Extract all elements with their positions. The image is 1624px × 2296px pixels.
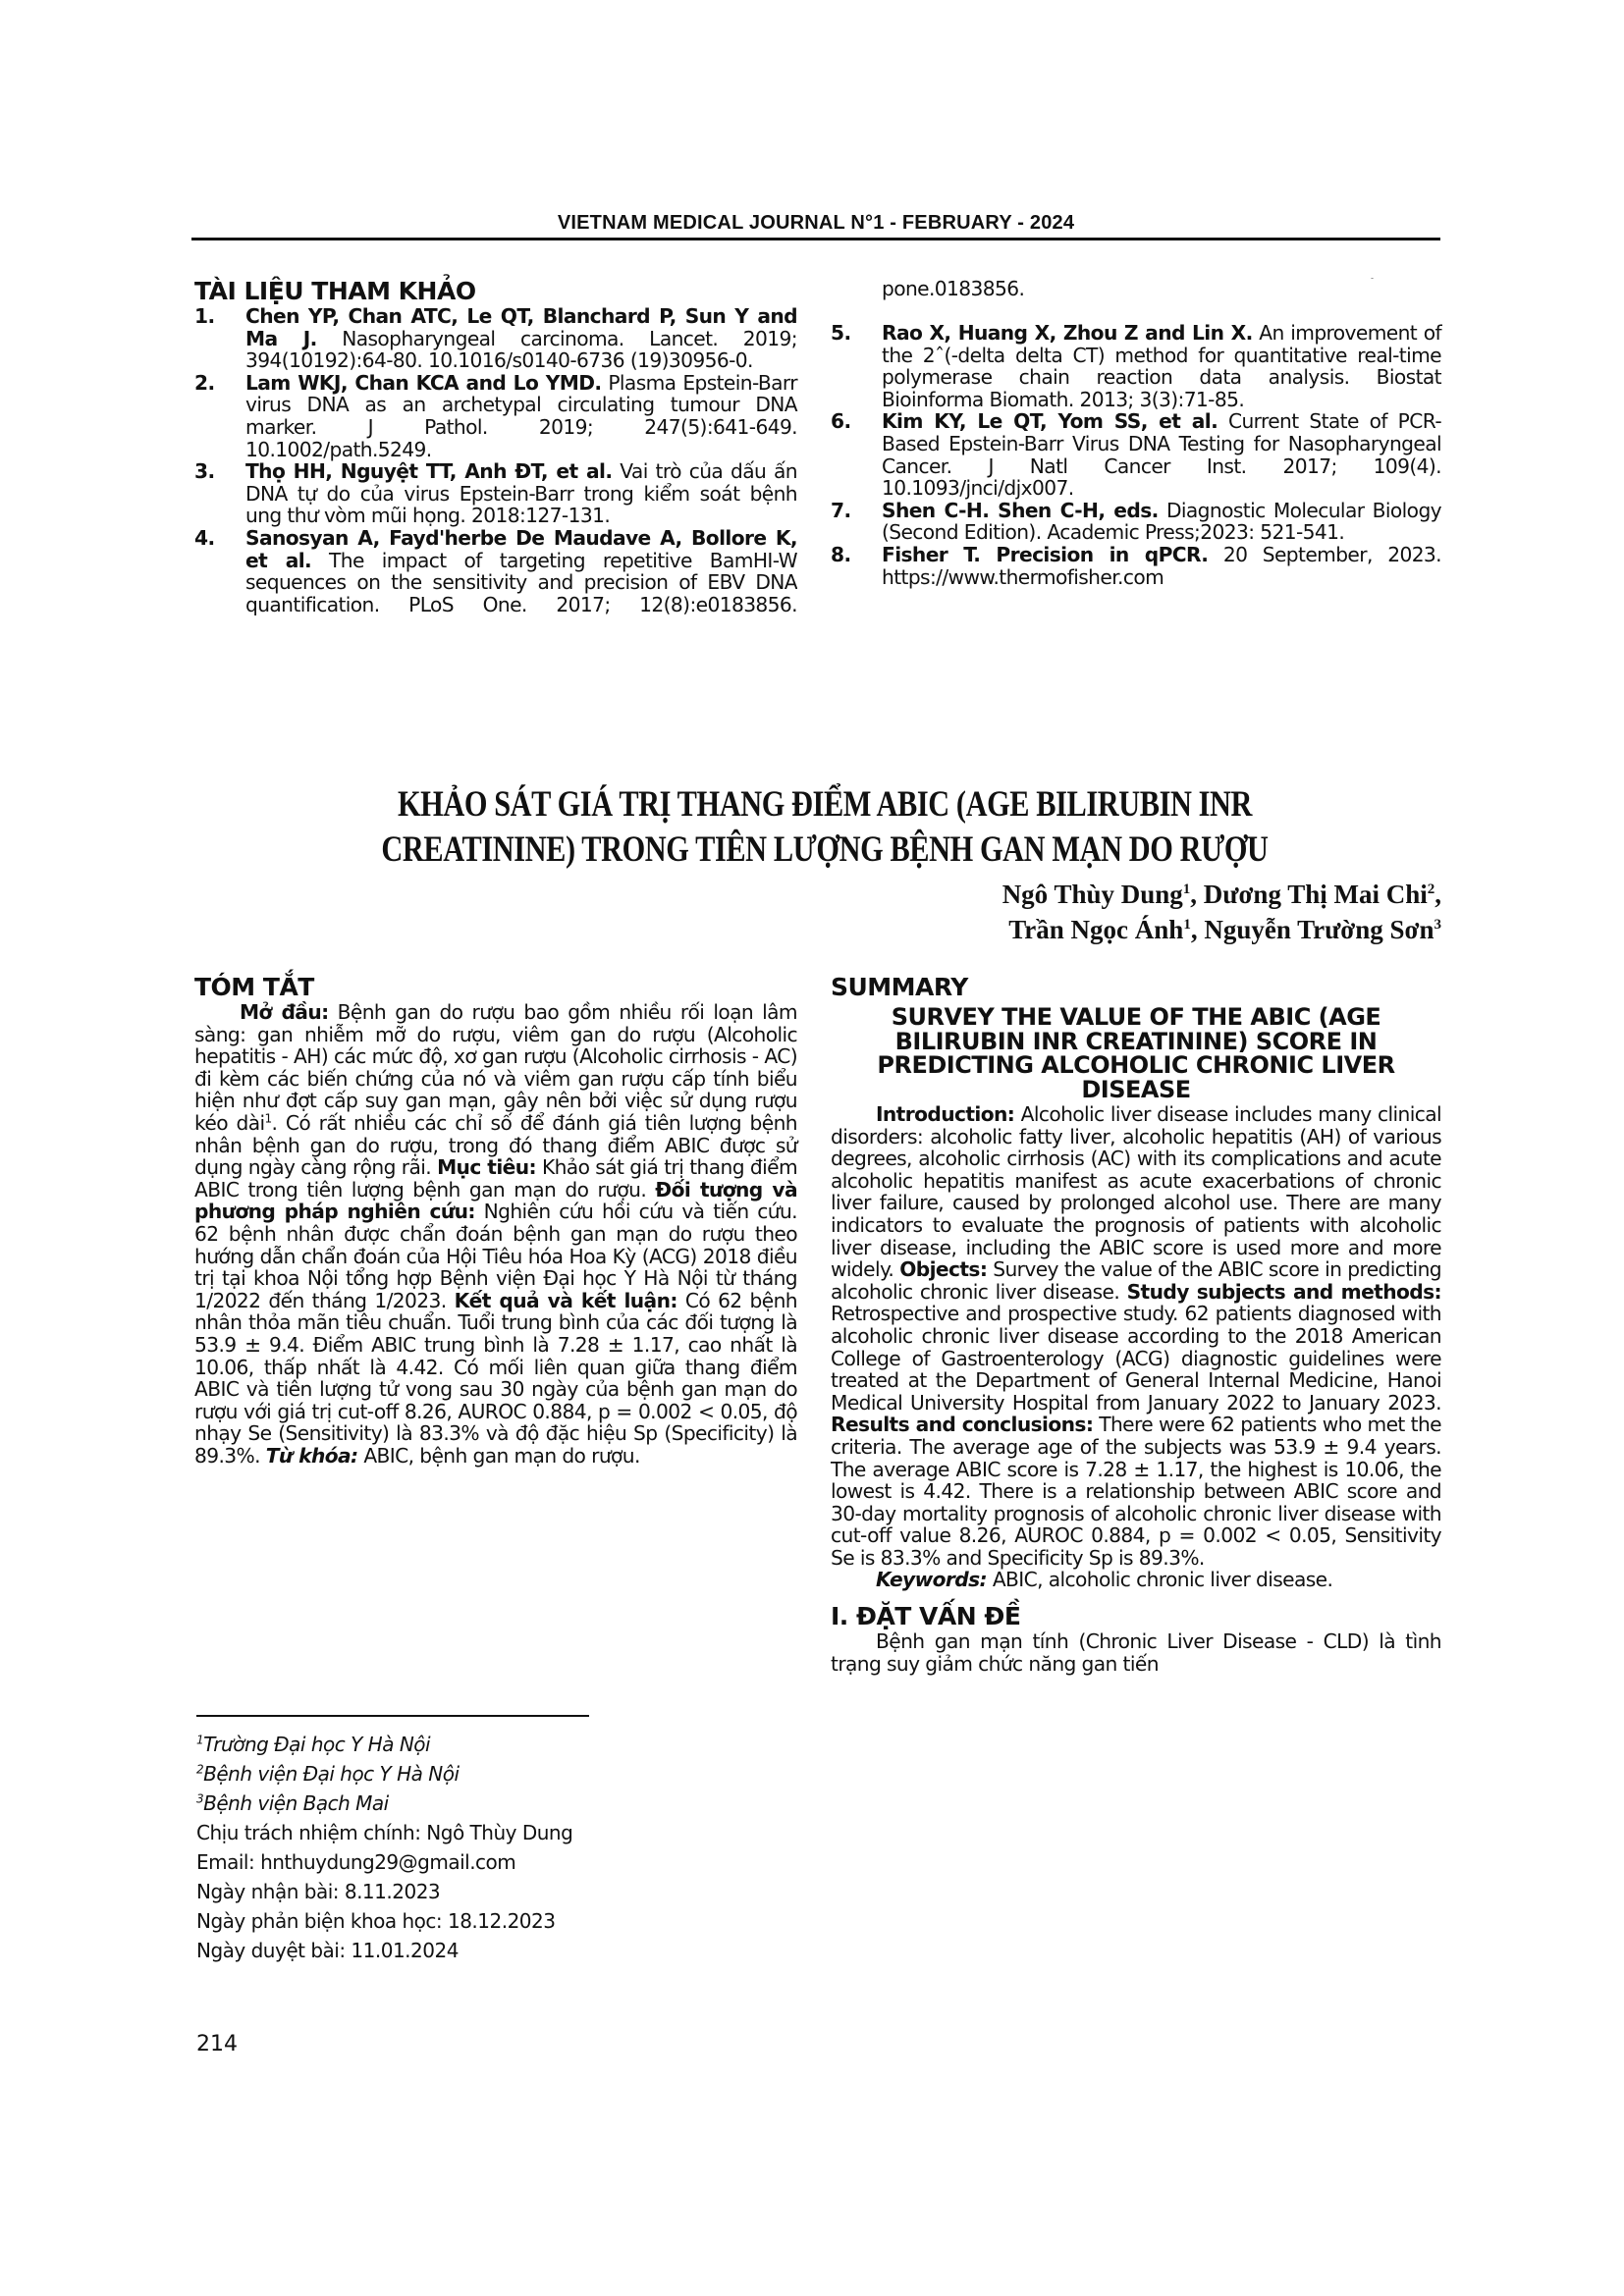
author-name: Nguyễn Trường Sơn <box>1204 915 1434 944</box>
reference-item: 3. Thọ HH, Nguyệt TT, Anh ĐT, et al. Vai… <box>194 460 797 527</box>
author-name: Dương Thị Mai Chi <box>1204 880 1428 909</box>
summary-title: SURVEY THE VALUE OF THE ABIC (AGE BILIRU… <box>831 1005 1441 1101</box>
reference-number: 1. <box>194 305 215 328</box>
summary-paragraph: Introduction: Alcoholic liver disease in… <box>831 1103 1441 1569</box>
received-date: Ngày nhận bài: 8.11.2023 <box>196 1877 785 1906</box>
objects-label: Objects: <box>899 1257 987 1281</box>
references-right-column: Sanosyan A, Fayd'herbe De Maudave A, Bol… <box>831 278 1441 588</box>
reference-text: Nasopharyngeal carcinoma. Lancet. 2019; … <box>245 327 797 373</box>
introduction-paragraph: Bệnh gan mạn tính (Chronic Liver Disease… <box>831 1630 1441 1675</box>
citation-marker[interactable]: 1 <box>264 1111 271 1125</box>
reference-item: 4. Sanosyan A, Fayd'herbe De Maudave A, … <box>194 527 797 615</box>
reference-number: 5. <box>831 322 851 345</box>
author-affiliation: 3 <box>1435 917 1442 933</box>
article-title-line-2: CREATININE) TRONG TIÊN LƯỢNG BỆNH GAN MẠ… <box>326 828 1325 873</box>
contact-email[interactable]: Email: hnthuydung29@gmail.com <box>196 1847 785 1877</box>
reference-item: 1. Chen YP, Chan ATC, Le QT, Blanchard P… <box>194 305 797 372</box>
reference-item-continued: Sanosyan A, Fayd'herbe De Maudave A, Bol… <box>831 278 1441 322</box>
author-affiliation: 1 <box>1183 917 1191 933</box>
author-name: Ngô Thùy Dung <box>1002 880 1183 909</box>
footnotes: 1Trường Đại học Y Hà Nội 2Bệnh viện Đại … <box>196 1730 785 1965</box>
running-header: VIETNAM MEDICAL JOURNAL N°1 - FEBRUARY -… <box>191 212 1440 235</box>
introduction-heading: I. ĐẶT VẤN ĐỀ <box>831 1603 1441 1630</box>
corresponding-author: Chịu trách nhiệm chính: Ngô Thùy Dung <box>196 1818 785 1847</box>
objective-label: Mục tiêu: <box>437 1155 536 1179</box>
reference-number: 3. <box>194 460 215 483</box>
reference-authors: Thọ HH, Nguyệt TT, Anh ĐT, et al. <box>245 459 612 483</box>
article-title-line-1: KHẢO SÁT GIÁ TRỊ THANG ĐIỂM ABIC (AGE BI… <box>326 782 1325 828</box>
reference-item: 5. Rao X, Huang X, Zhou Z and Lin X. An … <box>831 322 1441 410</box>
references-heading: TÀI LIỆU THAM KHẢO <box>194 278 797 305</box>
abstract-vietnamese: TÓM TẮT Mở đầu: Bệnh gan do rượu bao gồm… <box>194 974 797 1467</box>
footnote-rule <box>196 1715 589 1717</box>
reviewed-date: Ngày phản biện khoa học: 18.12.2023 <box>196 1906 785 1936</box>
intro-label: Mở đầu: <box>240 1000 329 1024</box>
results-label: Results and conclusions: <box>831 1413 1093 1436</box>
header-rule <box>191 238 1440 240</box>
references-left-column: TÀI LIỆU THAM KHẢO 1. Chen YP, Chan ATC,… <box>194 278 797 615</box>
abstract-heading: TÓM TẮT <box>194 974 797 1001</box>
reference-item: 6. Kim KY, Le QT, Yom SS, et al. Current… <box>831 410 1441 499</box>
reference-authors: Shen C-H. Shen C-H, eds. <box>882 499 1159 522</box>
reference-number: 2. <box>194 372 215 395</box>
accepted-date: Ngày duyệt bài: 11.01.2024 <box>196 1936 785 1965</box>
reference-authors: Kim KY, Le QT, Yom SS, et al. <box>882 409 1218 433</box>
summary-heading: SUMMARY <box>831 974 1441 1001</box>
affiliation-3: 3Bệnh viện Bạch Mai <box>196 1789 785 1818</box>
reference-number: 4. <box>194 527 215 550</box>
page-number: 214 <box>196 2032 238 2056</box>
reference-item: 7. Shen C-H. Shen C-H, eds. Diagnostic M… <box>831 500 1441 544</box>
author-name: Trần Ngọc Ánh <box>1008 915 1183 944</box>
abstract-paragraph: Mở đầu: Bệnh gan do rượu bao gồm nhiều r… <box>194 1001 797 1467</box>
keywords-paragraph: Keywords: ABIC, alcoholic chronic liver … <box>831 1569 1441 1591</box>
reference-number: 8. <box>831 544 851 566</box>
reference-item: 8. Fisher T. Precision in qPCR. 20 Septe… <box>831 544 1441 588</box>
affiliation-1: 1Trường Đại học Y Hà Nội <box>196 1730 785 1759</box>
article-title: KHẢO SÁT GIÁ TRỊ THANG ĐIỂM ABIC (AGE BI… <box>326 782 1325 873</box>
reference-authors: Lam WKJ, Chan KCA and Lo YMD. <box>245 371 601 395</box>
introduction-label: Introduction: <box>876 1102 1014 1126</box>
reference-item: 2. Lam WKJ, Chan KCA and Lo YMD. Plasma … <box>194 372 797 460</box>
reference-authors: Rao X, Huang X, Zhou Z and Lin X. <box>882 321 1253 345</box>
keywords-label: Keywords: <box>876 1568 987 1591</box>
affiliation-2: 2Bệnh viện Đại học Y Hà Nội <box>196 1759 785 1789</box>
reference-text: The impact of targeting repetitive BamHI… <box>882 278 1441 300</box>
reference-number: 6. <box>831 410 851 433</box>
reference-list-continued: 5. Rao X, Huang X, Zhou Z and Lin X. An … <box>831 322 1441 588</box>
results-label: Kết quả và kết luận: <box>455 1289 677 1312</box>
reference-number: 7. <box>831 500 851 522</box>
author-list: Ngô Thùy Dung1, Dương Thị Mai Chi2, Trần… <box>754 877 1441 947</box>
reference-authors: Fisher T. Precision in qPCR. <box>882 543 1208 566</box>
summary-english: SUMMARY SURVEY THE VALUE OF THE ABIC (AG… <box>831 974 1441 1675</box>
keywords-label: Từ khóa: <box>266 1444 358 1468</box>
methods-label: Study subjects and methods: <box>1127 1280 1441 1304</box>
reference-text: The impact of targeting repetitive BamHI… <box>245 549 797 615</box>
reference-list: 1. Chen YP, Chan ATC, Le QT, Blanchard P… <box>194 305 797 615</box>
